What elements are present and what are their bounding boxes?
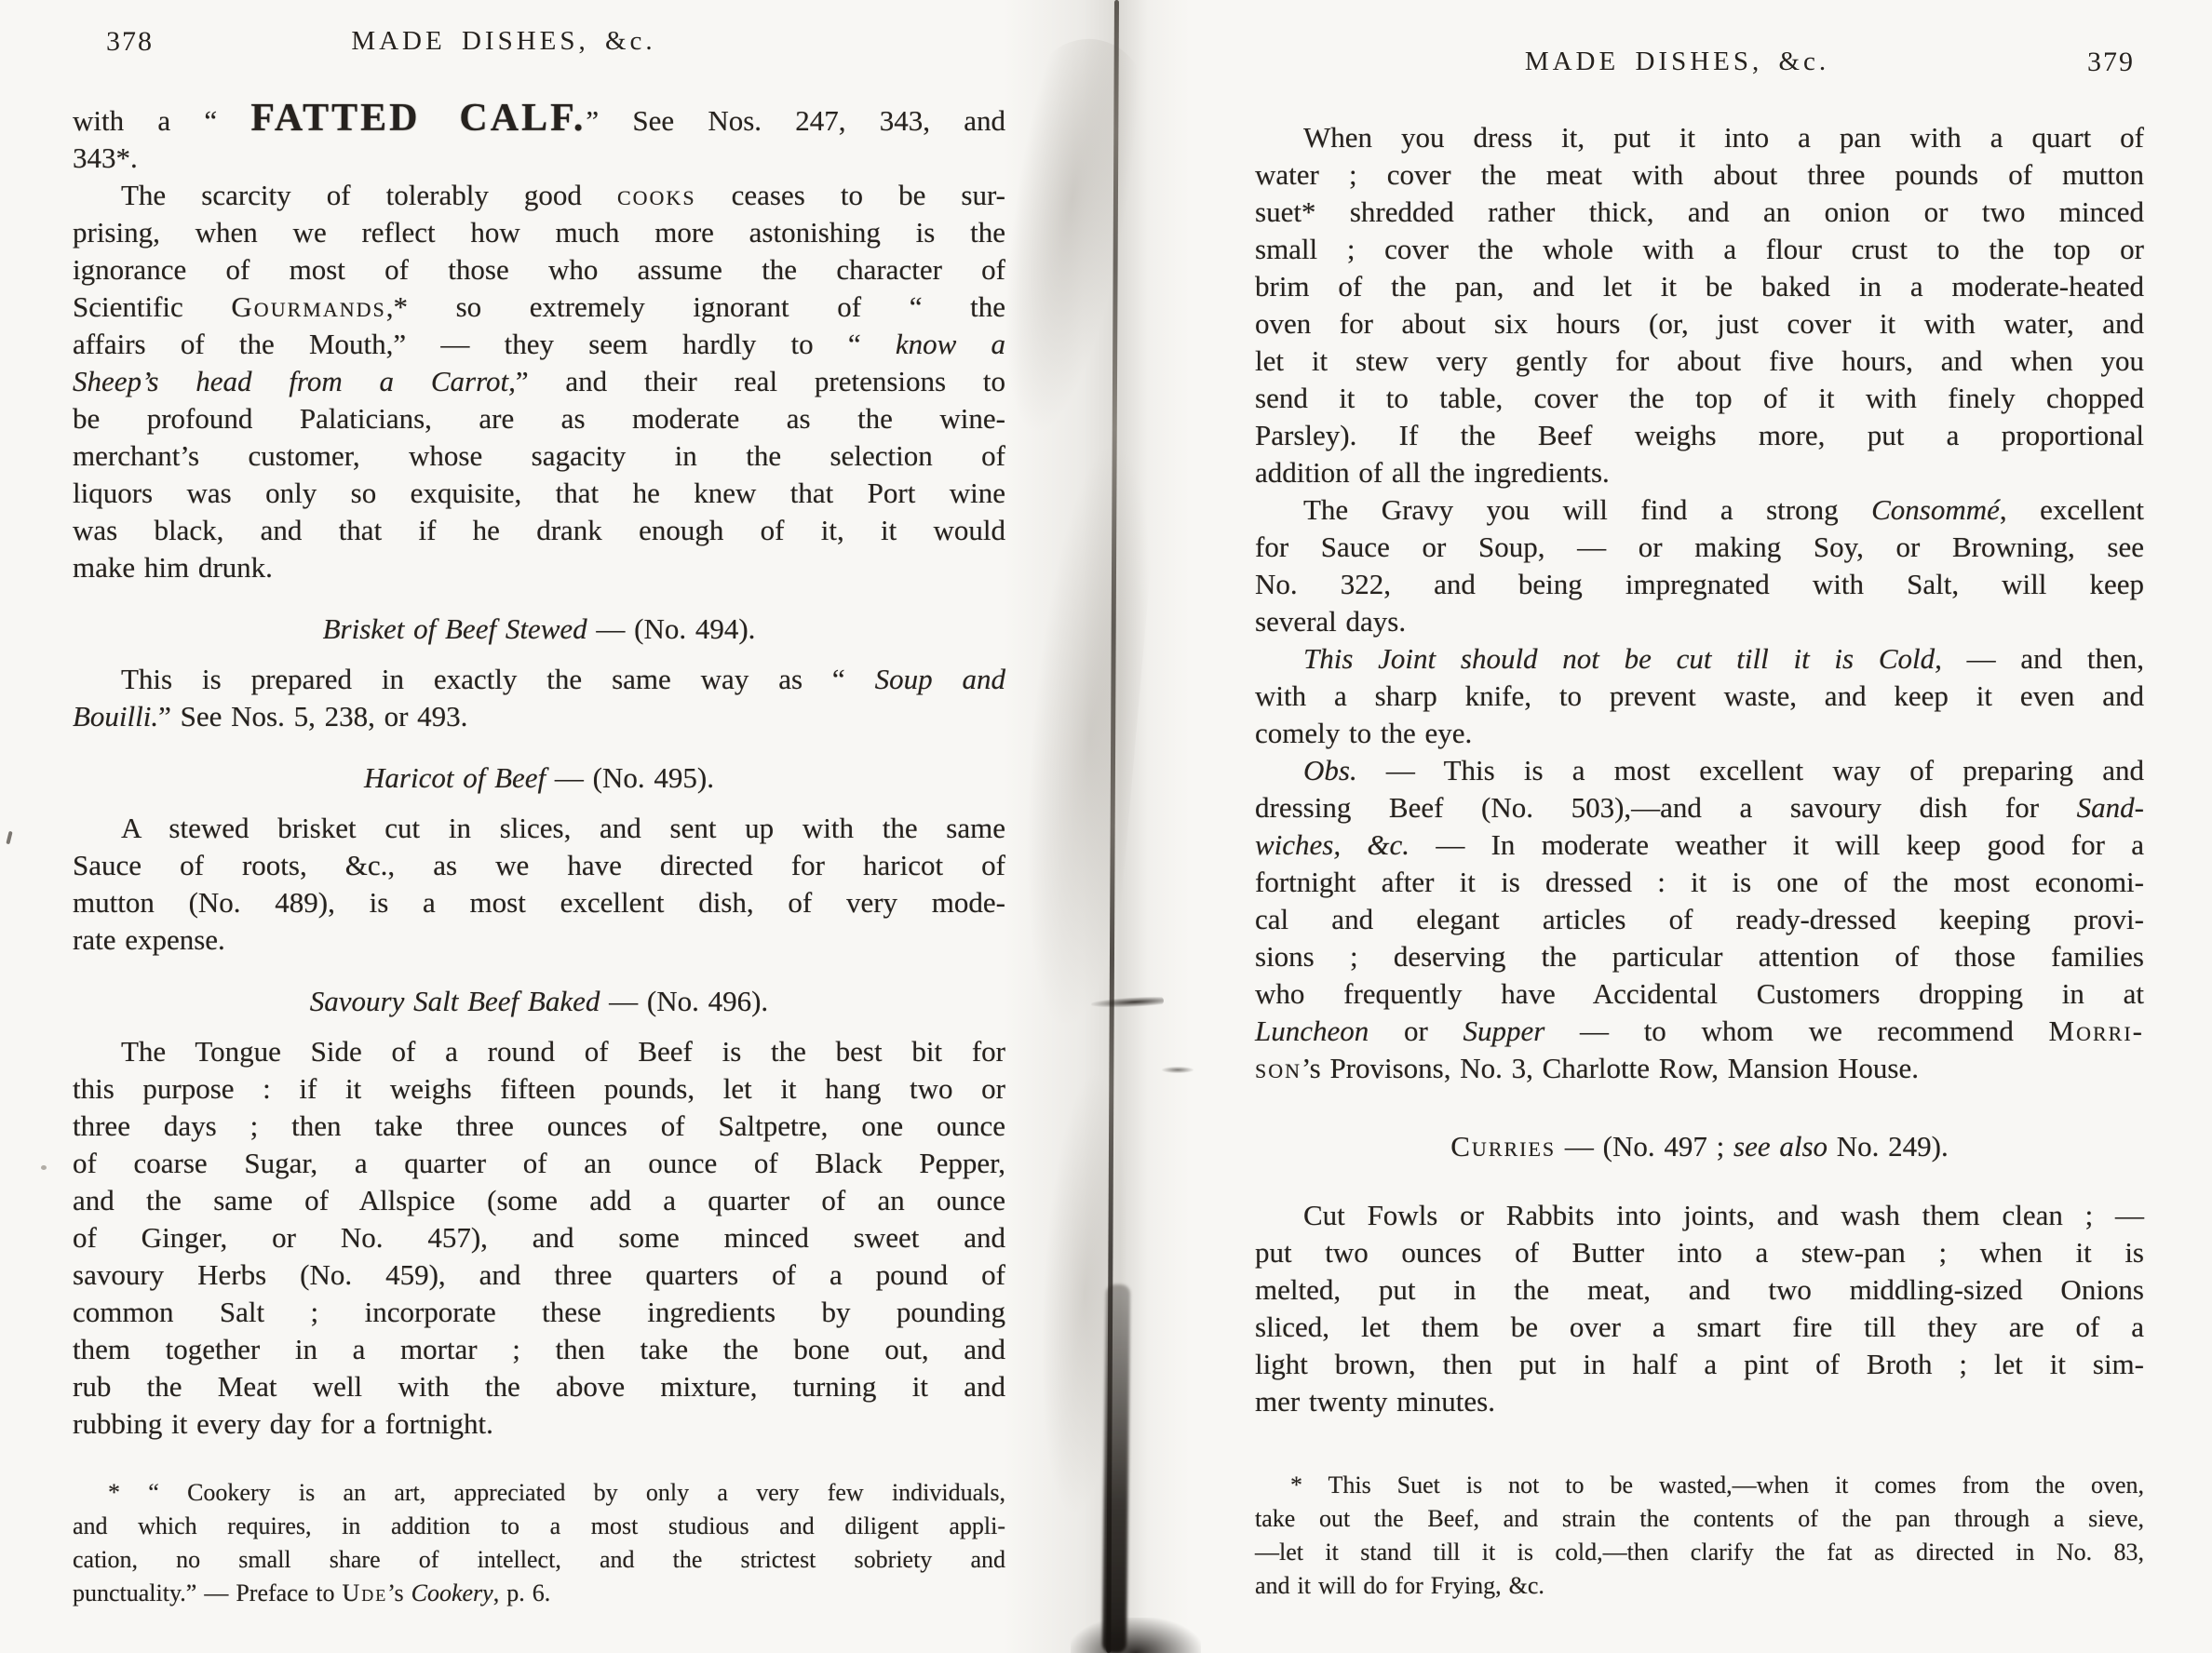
book-scan: 378 MADE DISHES, &c. with a “ FATTED CAL… [0, 0, 2212, 1653]
text-run: Brisket of Beef Stewed [323, 612, 587, 645]
text-run: — (No. 497 ; [1556, 1130, 1733, 1162]
text-run: Sauce of roots, &c., as we have directed… [73, 849, 1005, 881]
text-run: was black, and that if he drank enough o… [73, 514, 1005, 546]
text-run: sions ; deserving the particular attenti… [1255, 940, 2144, 973]
text-line: make him drunk. [73, 549, 1005, 586]
text-run: melted, put in the meat, and two middlin… [1255, 1273, 2144, 1306]
text-line: be profound Palaticians, are as moderate… [73, 400, 1005, 437]
text-line: sions ; deserving the particular attenti… [1255, 938, 2144, 975]
text-run: — (No. 495). [546, 761, 714, 794]
text-run: — This is a most excellent way of prepar… [1357, 754, 2144, 786]
text-run: see also [1733, 1130, 1828, 1162]
text-run: brim of the pan, and let it be baked in … [1255, 270, 2144, 302]
text-line: The Tongue Side of a round of Beef is th… [73, 1033, 1005, 1070]
text-run: Ude [343, 1579, 388, 1606]
text-run: wiches, &c. [1255, 828, 1409, 861]
text-line: Sauce of roots, &c., as we have directed… [73, 847, 1005, 884]
text-line: sliced, let them be over a smart fire ti… [1255, 1309, 2144, 1346]
text-run: ignorance of most of those who assume th… [73, 253, 1005, 286]
text-run: water ; cover the meat with about three … [1255, 158, 2144, 191]
scan-speck [41, 1165, 47, 1170]
text-line: wiches, &c. — In moderate weather it wil… [1255, 826, 2144, 864]
text-run: oven for about six hours (or, just cover… [1255, 307, 2144, 340]
text-run: for Sauce or Soup, — or making Soy, or B… [1255, 531, 2144, 563]
text-line: with a “ FATTED CALF.” See Nos. 247, 343… [73, 99, 1005, 140]
text-line: put two ounces of Butter into a stew-pan… [1255, 1234, 2144, 1271]
text-line: merchant’s customer, whose sagacity in t… [73, 437, 1005, 475]
text-line: for Sauce or Soup, — or making Soy, or B… [1255, 529, 2144, 566]
text-run: rubbing it every day for a fortnight. [73, 1407, 493, 1440]
text-line: of Ginger, or No. 457), and some minced … [73, 1219, 1005, 1257]
text-line: fortnight after it is dressed : it is on… [1255, 864, 2144, 901]
text-run: with a “ [73, 104, 250, 137]
text-line: When you dress it, put it into a pan wit… [1255, 119, 2144, 156]
text-line: comely to the eye. [1255, 715, 2144, 752]
recipe-heading: Brisket of Beef Stewed — (No. 494). [73, 611, 1005, 648]
text-run: merchant’s customer, whose sagacity in t… [73, 439, 1005, 472]
text-run: Haricot of Beef [364, 761, 546, 794]
text-line: son’s Provisons, No. 3, Charlotte Row, M… [1255, 1050, 2144, 1087]
text-line: addition of all the ingredients. [1255, 454, 2144, 491]
text-line: mer twenty minutes. [1255, 1383, 2144, 1420]
text-run: — In moderate weather it will keep good … [1409, 828, 2144, 861]
text-line: cation, no small share of intellect, and… [73, 1543, 1005, 1577]
text-line: and it will do for Frying, &c. [1255, 1569, 2144, 1603]
text-line: The Gravy you will find a strong Consomm… [1255, 491, 2144, 529]
text-run: know a [896, 328, 1005, 360]
text-line: Scientific Gourmands,* so extremely igno… [73, 289, 1005, 326]
text-run: savoury Herbs (No. 459), and three quart… [73, 1258, 1005, 1291]
text-run: mer twenty minutes. [1255, 1385, 1495, 1418]
text-line: rate expense. [73, 921, 1005, 959]
text-run: put two ounces of Butter into a stew-pan… [1255, 1236, 2144, 1269]
text-run: Luncheon [1255, 1015, 1369, 1047]
text-run: —let it stand till it is cold,—then clar… [1255, 1539, 2144, 1566]
text-run: or [1369, 1015, 1463, 1047]
text-line: * This Suet is not to be wasted,—when it… [1255, 1469, 2144, 1502]
page-body-right: When you dress it, put it into a pan wit… [1255, 119, 2144, 1603]
text-run: When you dress it, put it into a pan wit… [1303, 121, 2144, 154]
text-run: Bouilli. [73, 700, 158, 732]
text-run: mutton (No. 489), is a most excellent di… [73, 886, 1005, 919]
text-run: dressing Beef (No. 503),—and a savoury d… [1255, 791, 2077, 824]
text-line: and which requires, in addition to a mos… [73, 1510, 1005, 1543]
text-run: — to whom we recommend [1544, 1015, 2048, 1047]
text-run: common Salt ; incorporate these ingredie… [73, 1296, 1005, 1328]
text-line: Savoury Salt Beef Baked — (No. 496). [73, 983, 1005, 1020]
crease-tick [1162, 1067, 1194, 1073]
paragraph: This is prepared in exactly the same way… [73, 661, 1005, 735]
text-run: cation, no small share of intellect, and… [73, 1546, 1005, 1573]
text-line: of coarse Sugar, a quarter of an ounce o… [73, 1145, 1005, 1182]
text-run: — (No. 496). [600, 985, 768, 1017]
text-run: Soup and [875, 663, 1005, 695]
text-line: * “ Cookery is an art, appreciated by on… [73, 1476, 1005, 1510]
text-run: small ; cover the whole with a flour cru… [1255, 233, 2144, 265]
scan-speck [6, 831, 12, 845]
text-run: ’s [387, 1579, 411, 1606]
text-run: , excellent [2000, 493, 2144, 526]
text-line: this purpose : if it weighs fifteen poun… [73, 1070, 1005, 1108]
text-line: them together in a mortar ; then take th… [73, 1331, 1005, 1368]
text-run: comely to the eye. [1255, 717, 1472, 749]
text-run: Sand- [2077, 791, 2144, 824]
page-header-right: MADE DISHES, &c. 379 [1255, 47, 2144, 87]
recipe-heading: Curries — (No. 497 ; see also No. 249). [1255, 1128, 2144, 1165]
text-run: sliced, let them be over a smart fire ti… [1255, 1310, 2144, 1343]
text-line: with a sharp knife, to prevent waste, an… [1255, 678, 2144, 715]
text-run: The Gravy you will find a strong [1303, 493, 1871, 526]
text-run: Cut Fowls or Rabbits into joints, and wa… [1303, 1199, 2144, 1231]
text-line: rubbing it every day for a fortnight. [73, 1405, 1005, 1443]
text-run: take out the Beef, and strain the conten… [1255, 1505, 2144, 1532]
text-line: suet* shredded rather thick, and an onio… [1255, 194, 2144, 231]
text-line: Luncheon or Supper — to whom we recommen… [1255, 1013, 2144, 1050]
text-run: No. 249). [1828, 1130, 1949, 1162]
text-run: of coarse Sugar, a quarter of an ounce o… [73, 1147, 1005, 1179]
text-line: The scarcity of tolerably good cooks cea… [73, 177, 1005, 214]
text-run: Savoury Salt Beef Baked [310, 985, 600, 1017]
paragraph: This Joint should not be cut till it is … [1255, 640, 2144, 752]
paragraph: Cut Fowls or Rabbits into joints, and wa… [1255, 1197, 2144, 1420]
text-line: take out the Beef, and strain the conten… [1255, 1502, 2144, 1536]
text-run: with a sharp knife, to prevent waste, an… [1255, 679, 2144, 712]
text-run: Gourmands [231, 290, 385, 323]
text-line: punctuality.” — Preface to Ude’s Cookery… [73, 1577, 1005, 1610]
text-line: No. 322, and being impregnated with Salt… [1255, 566, 2144, 603]
text-line: prising, when we reflect how much more a… [73, 214, 1005, 251]
text-line: liquors was only so exquisite, that he k… [73, 475, 1005, 512]
text-run: Scientific [73, 290, 231, 323]
text-run: them together in a mortar ; then take th… [73, 1333, 1005, 1365]
text-run: ,* so extremely ignorant of “ the [386, 290, 1005, 323]
text-run: No. 322, and being impregnated with Salt… [1255, 568, 2144, 600]
text-run: Cookery [411, 1579, 493, 1606]
text-run: Supper [1463, 1015, 1544, 1047]
text-run: rub the Meat well with the above mixture… [73, 1370, 1005, 1403]
page-body-left: with a “ FATTED CALF.” See Nos. 247, 343… [73, 99, 1005, 1610]
text-run: Sheep’s head from a Carrot, [73, 365, 516, 397]
text-run: A stewed brisket cut in slices, and sent… [121, 812, 1005, 844]
text-run: Parsley). If the Beef weighs more, put a… [1255, 419, 2144, 451]
paragraph: The Gravy you will find a strong Consomm… [1255, 491, 2144, 640]
page-header-left: 378 MADE DISHES, &c. [73, 26, 1005, 67]
text-line: three days ; then take three ounces of S… [73, 1108, 1005, 1145]
text-run: Consommé [1871, 493, 2000, 526]
text-line: 343*. [73, 140, 1005, 177]
text-run: punctuality.” — Preface to [73, 1579, 343, 1606]
text-run: suet* shredded rather thick, and an onio… [1255, 195, 2144, 228]
text-run: ’s Provisons, No. 3, Charlotte Row, Mans… [1302, 1052, 1919, 1084]
text-line: Parsley). If the Beef weighs more, put a… [1255, 417, 2144, 454]
text-run: — and then, [1942, 642, 2144, 675]
running-title: MADE DISHES, &c. [37, 26, 970, 57]
text-run: FATTED CALF. [250, 97, 586, 140]
text-line: Bouilli.” See Nos. 5, 238, or 493. [73, 698, 1005, 735]
text-run: The Tongue Side of a round of Beef is th… [121, 1035, 1005, 1068]
paragraph: Obs. — This is a most excellent way of p… [1255, 752, 2144, 1087]
text-line: water ; cover the meat with about three … [1255, 156, 2144, 194]
text-line: cal and elegant articles of ready-dresse… [1255, 901, 2144, 938]
text-line: and the same of Allspice (some add a qua… [73, 1182, 1005, 1219]
text-line: —let it stand till it is cold,—then clar… [1255, 1536, 2144, 1569]
text-run: and it will do for Frying, &c. [1255, 1572, 1544, 1599]
text-run: affairs of the Mouth,” — they seem hardl… [73, 328, 896, 360]
page-number: 379 [2087, 47, 2135, 78]
text-run: The scarcity of tolerably good [121, 179, 617, 211]
text-line: This Joint should not be cut till it is … [1255, 640, 2144, 678]
text-run: ” See Nos. 247, 343, and [586, 104, 1005, 137]
text-run: liquors was only so exquisite, that he k… [73, 477, 1005, 509]
footnote: * This Suet is not to be wasted,—when it… [1255, 1469, 2144, 1603]
text-run: and the same of Allspice (some add a qua… [73, 1184, 1005, 1216]
text-line: melted, put in the meat, and two middlin… [1255, 1271, 2144, 1309]
text-run: rate expense. [73, 923, 225, 956]
text-line: rub the Meat well with the above mixture… [73, 1368, 1005, 1405]
text-run: send it to table, cover the top of it wi… [1255, 382, 2144, 414]
text-line: Sheep’s head from a Carrot,” and their r… [73, 363, 1005, 400]
paragraph: A stewed brisket cut in slices, and sent… [73, 810, 1005, 959]
text-line: oven for about six hours (or, just cover… [1255, 305, 2144, 343]
text-run: * This Suet is not to be wasted,—when it… [1290, 1472, 2144, 1498]
text-run: ceases to be sur- [696, 179, 1005, 211]
text-run: fortnight after it is dressed : it is on… [1255, 866, 2144, 898]
text-run: this purpose : if it weighs fifteen poun… [73, 1072, 1005, 1105]
text-run: cal and elegant articles of ready-dresse… [1255, 903, 2144, 935]
text-run: — (No. 494). [587, 612, 756, 645]
text-run: ” and their real pretensions to [516, 365, 1005, 397]
text-line: send it to table, cover the top of it wi… [1255, 380, 2144, 417]
text-run: ” See Nos. 5, 238, or 493. [158, 700, 467, 732]
text-line: was black, and that if he drank enough o… [73, 512, 1005, 549]
text-line: small ; cover the whole with a flour cru… [1255, 231, 2144, 268]
text-line: several days. [1255, 603, 2144, 640]
text-run: * “ Cookery is an art, appreciated by on… [108, 1479, 1005, 1506]
text-line: Curries — (No. 497 ; see also No. 249). [1255, 1128, 2144, 1165]
text-run: addition of all the ingredients. [1255, 456, 1610, 489]
text-line: let it stew very gently for about five h… [1255, 343, 2144, 380]
crease-bottom-shadow [1102, 1284, 1130, 1653]
paragraph: with a “ FATTED CALF.” See Nos. 247, 343… [73, 99, 1005, 177]
text-line: Haricot of Beef — (No. 495). [73, 759, 1005, 797]
text-run: three days ; then take three ounces of S… [73, 1109, 1005, 1142]
book-page-right: MADE DISHES, &c. 379 When you dress it, … [1255, 47, 2144, 1603]
text-run: let it stew very gently for about five h… [1255, 344, 2144, 377]
text-line: Brisket of Beef Stewed — (No. 494). [73, 611, 1005, 648]
text-run: cooks [617, 179, 696, 211]
text-line: dressing Beef (No. 503),—and a savoury d… [1255, 789, 2144, 826]
recipe-heading: Haricot of Beef — (No. 495). [73, 759, 1005, 797]
text-line: who frequently have Accidental Customers… [1255, 975, 2144, 1013]
text-line: light brown, then put in half a pint of … [1255, 1346, 2144, 1383]
text-line: savoury Herbs (No. 459), and three quart… [73, 1257, 1005, 1294]
paragraph: The Tongue Side of a round of Beef is th… [73, 1033, 1005, 1443]
crease-foot-blot [1071, 1618, 1201, 1653]
text-line: ignorance of most of those who assume th… [73, 251, 1005, 289]
text-run: Morri- [2049, 1015, 2144, 1047]
text-run: This is prepared in exactly the same way… [121, 663, 875, 695]
text-run: prising, when we reflect how much more a… [73, 216, 1005, 249]
text-line: A stewed brisket cut in slices, and sent… [73, 810, 1005, 847]
text-run: who frequently have Accidental Customers… [1255, 977, 2144, 1010]
text-line: common Salt ; incorporate these ingredie… [73, 1294, 1005, 1331]
text-run: son [1255, 1052, 1302, 1084]
text-run: 343*. [73, 141, 138, 174]
text-run: and which requires, in addition to a mos… [73, 1512, 1005, 1539]
text-run: make him drunk. [73, 551, 273, 584]
text-line: affairs of the Mouth,” — they seem hardl… [73, 326, 1005, 363]
paragraph: The scarcity of tolerably good cooks cea… [73, 177, 1005, 586]
text-line: This is prepared in exactly the same way… [73, 661, 1005, 698]
text-run: be profound Palaticians, are as moderate… [73, 402, 1005, 435]
text-run: , p. 6. [493, 1579, 551, 1606]
text-run: This Joint should not be cut till it is … [1303, 642, 1942, 675]
text-run: of Ginger, or No. 457), and some minced … [73, 1221, 1005, 1254]
footnote: * “ Cookery is an art, appreciated by on… [73, 1476, 1005, 1610]
paragraph: When you dress it, put it into a pan wit… [1255, 119, 2144, 491]
text-run: Curries [1450, 1130, 1556, 1162]
recipe-heading: Savoury Salt Beef Baked — (No. 496). [73, 983, 1005, 1020]
running-title: MADE DISHES, &c. [1233, 47, 2122, 77]
text-line: Obs. — This is a most excellent way of p… [1255, 752, 2144, 789]
text-line: mutton (No. 489), is a most excellent di… [73, 884, 1005, 921]
text-run: Obs. [1303, 754, 1357, 786]
book-page-left: 378 MADE DISHES, &c. with a “ FATTED CAL… [73, 26, 1005, 1610]
text-line: brim of the pan, and let it be baked in … [1255, 268, 2144, 305]
text-run: light brown, then put in half a pint of … [1255, 1348, 2144, 1380]
text-line: Cut Fowls or Rabbits into joints, and wa… [1255, 1197, 2144, 1234]
text-run: several days. [1255, 605, 1406, 638]
